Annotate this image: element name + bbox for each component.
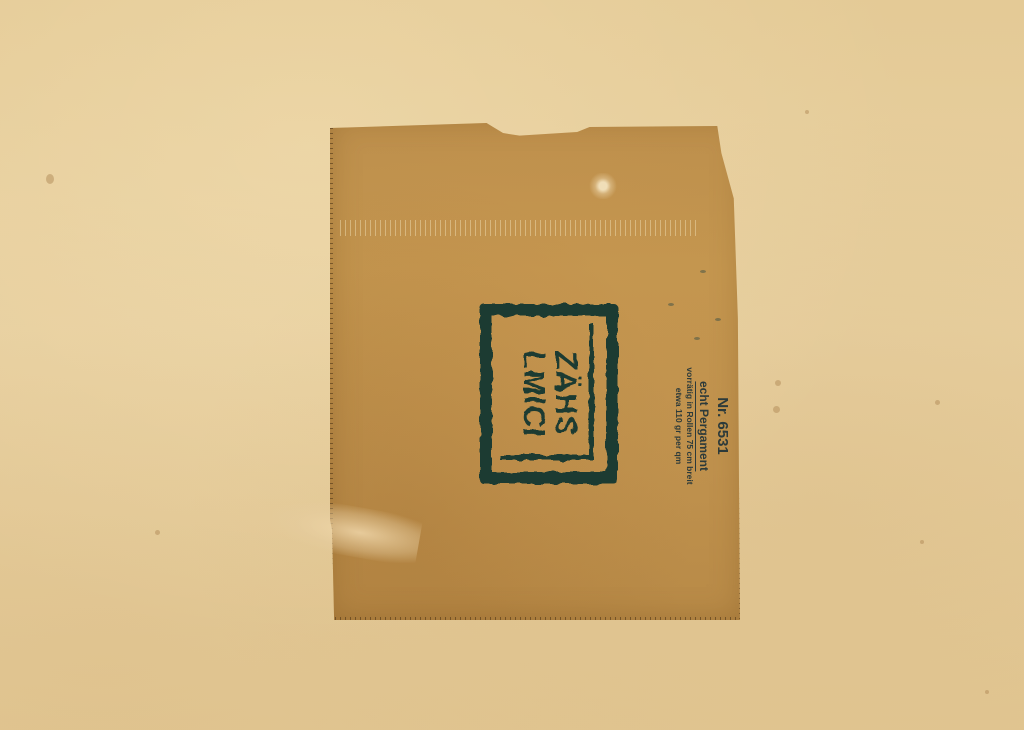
- ink-stamp: ZÄHS LMICI: [480, 304, 618, 484]
- stamp-line-2: LMICI: [517, 351, 549, 438]
- ink-smudge: [668, 303, 674, 306]
- paper-fleck: [935, 400, 940, 405]
- label-line-1: vorrätig in Rollen 75 cm breit: [684, 367, 695, 484]
- ink-smudge: [694, 337, 700, 340]
- paper-fleck: [920, 540, 924, 544]
- ink-smudge: [715, 318, 721, 321]
- paper-fleck: [985, 690, 989, 694]
- label-line-2: etwa 110 gr per qm: [673, 367, 684, 484]
- repair-stitching: [340, 220, 698, 236]
- ink-smudge: [700, 270, 706, 273]
- label-number: Nr. 6531: [713, 367, 731, 484]
- stamp-text: ZÄHS LMICI: [517, 351, 581, 438]
- product-label: Nr. 6531 echt Pergament vorrätig in Roll…: [673, 367, 731, 484]
- paper-fleck: [773, 406, 780, 413]
- stamp-line-1: ZÄHS: [549, 351, 581, 438]
- label-material: echt Pergament: [695, 381, 711, 471]
- paper-fleck: [805, 110, 809, 114]
- puncture-mark: [588, 173, 618, 199]
- paper-fleck: [155, 530, 160, 535]
- paper-fleck: [46, 174, 54, 184]
- paper-fleck: [775, 380, 781, 386]
- stitch-bottom: [330, 617, 742, 620]
